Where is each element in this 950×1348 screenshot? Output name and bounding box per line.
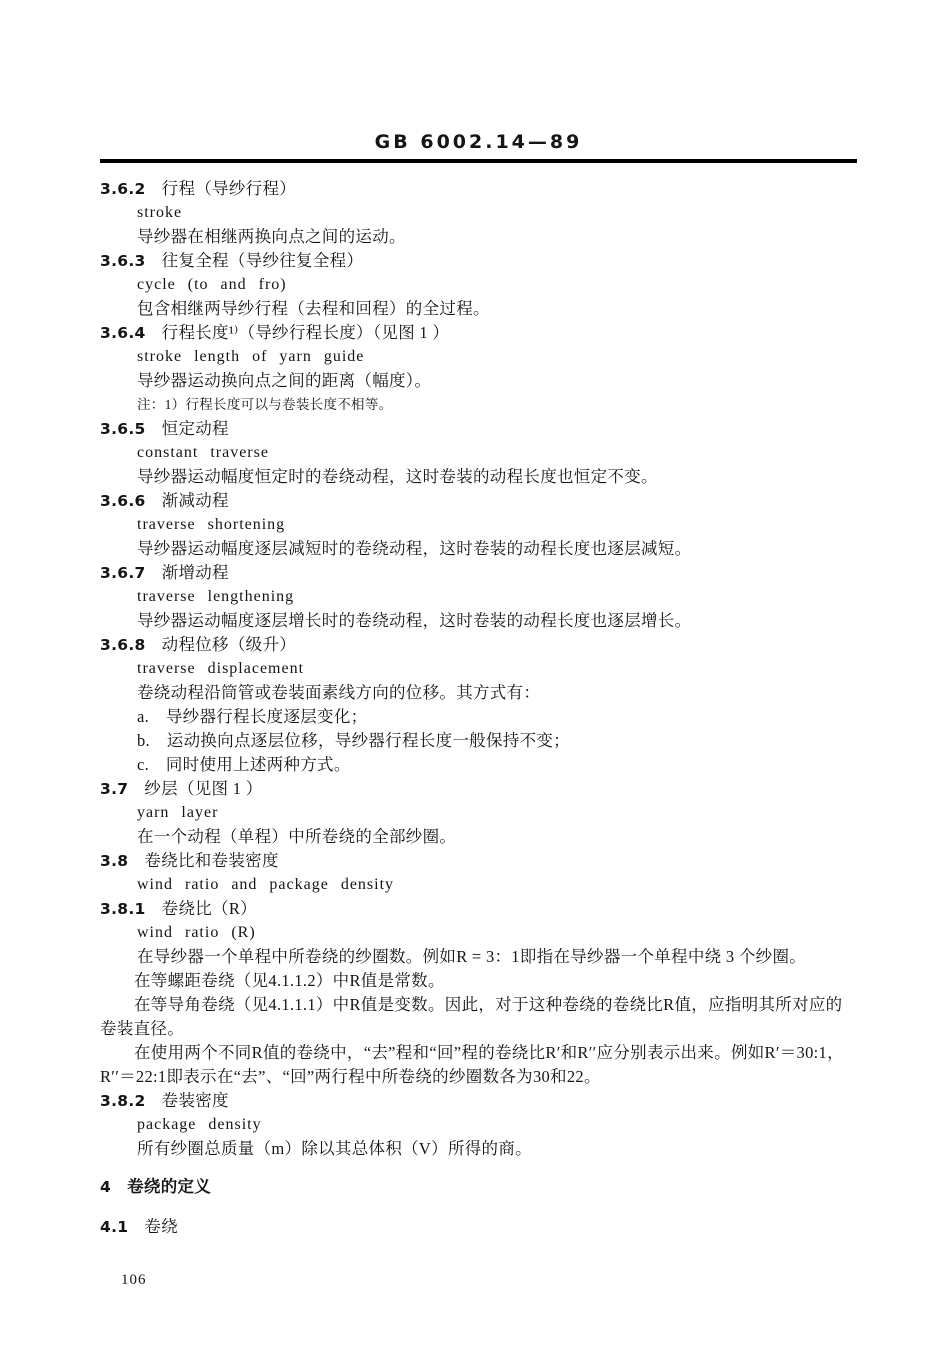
section-number: 3.6.4 [100,324,146,342]
section-number: 3.6.3 [100,252,146,270]
section-number: 3.8.1 [100,900,146,918]
doc-line-section: 3.6.4行程长度¹⁾（导纱行程长度）（见图 1 ） [100,321,857,345]
doc-line-english: stroke [100,201,857,225]
section-number: 3.6.6 [100,492,146,510]
doc-line-section: 3.6.2行程（导纱行程） [100,177,857,201]
doc-line-english: stroke length of yarn guide [100,345,857,369]
doc-line-section: 3.8.2卷装密度 [100,1089,857,1113]
doc-line-section: 3.8.1卷绕比（R） [100,897,857,921]
doc-line-section: 3.6.6渐减动程 [100,489,857,513]
section-number: 3.6.8 [100,636,146,654]
doc-line-english: traverse lengthening [100,585,857,609]
doc-line-def: 在一个动程（单程）中所卷绕的全部纱圈。 [100,825,857,849]
section-number: 4.1 [100,1218,128,1236]
doc-line-english: traverse shortening [100,513,857,537]
doc-line-english: wind ratio (R) [100,921,857,945]
doc-line-english: package density [100,1113,857,1137]
doc-line-para: 在等导角卷绕（见4.1.1.1）中R值是变数。因此，对于这种卷绕的卷绕比R值，应… [100,993,857,1041]
section-number: 4 [100,1178,111,1196]
section-number: 3.6.2 [100,180,146,198]
header-rule [100,159,857,163]
section-title: 卷绕 [144,1217,178,1236]
doc-line-english: constant traverse [100,441,857,465]
section-title: 往复全程（导纱往复全程） [162,251,364,270]
doc-line-def: 在导纱器一个单程中所卷绕的纱圈数。例如R = 3：1即指在导纱器一个单程中绕 3… [100,945,857,969]
doc-line-item: b. 运动换向点逐层位移，导纱器行程长度一般保持不变； [100,729,857,753]
doc-line-section: 3.6.5恒定动程 [100,417,857,441]
document-page: GB 6002.14—89 3.6.2行程（导纱行程）stroke导纱器在相继两… [0,0,950,1348]
doc-line-section: 4.1卷绕 [100,1215,857,1239]
section-title: 卷绕的定义 [127,1177,211,1196]
section-title: 动程位移（级升） [162,635,296,654]
doc-line-def: 导纱器运动换向点之间的距离（幅度）。 [100,369,857,393]
doc-line-chapter: 4卷绕的定义 [100,1175,857,1199]
section-number: 3.6.5 [100,420,146,438]
doc-line-english: yarn layer [100,801,857,825]
page-header: GB 6002.14—89 [100,131,857,153]
doc-line-def: 卷绕动程沿筒管或卷装面素线方向的位移。其方式有： [100,681,857,705]
doc-line-para: 在等螺距卷绕（见4.1.1.2）中R值是常数。 [100,969,857,993]
doc-line-def: 导纱器运动幅度逐层减短时的卷绕动程，这时卷装的动程长度也逐层减短。 [100,537,857,561]
section-title: 恒定动程 [162,419,229,438]
doc-line-def: 导纱器运动幅度逐层增长时的卷绕动程，这时卷装的动程长度也逐层增长。 [100,609,857,633]
doc-line-para: 在使用两个不同R值的卷绕中，“去”程和“回”程的卷绕比R′和R′′应分别表示出来… [100,1041,857,1089]
section-title: 卷绕比（R） [162,899,257,918]
section-title: 行程长度¹⁾（导纱行程长度）（见图 1 ） [162,323,450,342]
section-title: 卷装密度 [162,1091,229,1110]
section-title: 行程（导纱行程） [162,179,296,198]
document-body: 3.6.2行程（导纱行程）stroke导纱器在相继两换向点之间的运动。3.6.3… [100,177,857,1239]
section-title: 纱层（见图 1 ） [144,779,262,798]
section-number: 3.8 [100,852,128,870]
doc-line-item: a. 导纱器行程长度逐层变化； [100,705,857,729]
section-number: 3.6.7 [100,564,146,582]
doc-line-def: 导纱器在相继两换向点之间的运动。 [100,225,857,249]
section-title: 渐减动程 [162,491,229,510]
doc-line-section: 3.6.3往复全程（导纱往复全程） [100,249,857,273]
section-number: 3.8.2 [100,1092,146,1110]
section-title: 渐增动程 [162,563,229,582]
doc-line-english: cycle (to and fro) [100,273,857,297]
doc-line-section: 3.6.8动程位移（级升） [100,633,857,657]
doc-line-section: 3.8卷绕比和卷装密度 [100,849,857,873]
doc-line-item: c. 同时使用上述两种方式。 [100,753,857,777]
doc-line-def: 所有纱圈总质量（m）除以其总体积（V）所得的商。 [100,1137,857,1161]
doc-line-section: 3.6.7渐增动程 [100,561,857,585]
doc-line-section: 3.7纱层（见图 1 ） [100,777,857,801]
page-number: 106 [121,1272,147,1289]
doc-line-english: wind ratio and package density [100,873,857,897]
doc-line-english: traverse displacement [100,657,857,681]
section-title: 卷绕比和卷装密度 [144,851,278,870]
doc-line-def: 导纱器运动幅度恒定时的卷绕动程，这时卷装的动程长度也恒定不变。 [100,465,857,489]
doc-line-note: 注：1）行程长度可以与卷装长度不相等。 [100,393,857,417]
doc-line-def: 包含相继两导纱行程（去程和回程）的全过程。 [100,297,857,321]
section-number: 3.7 [100,780,128,798]
